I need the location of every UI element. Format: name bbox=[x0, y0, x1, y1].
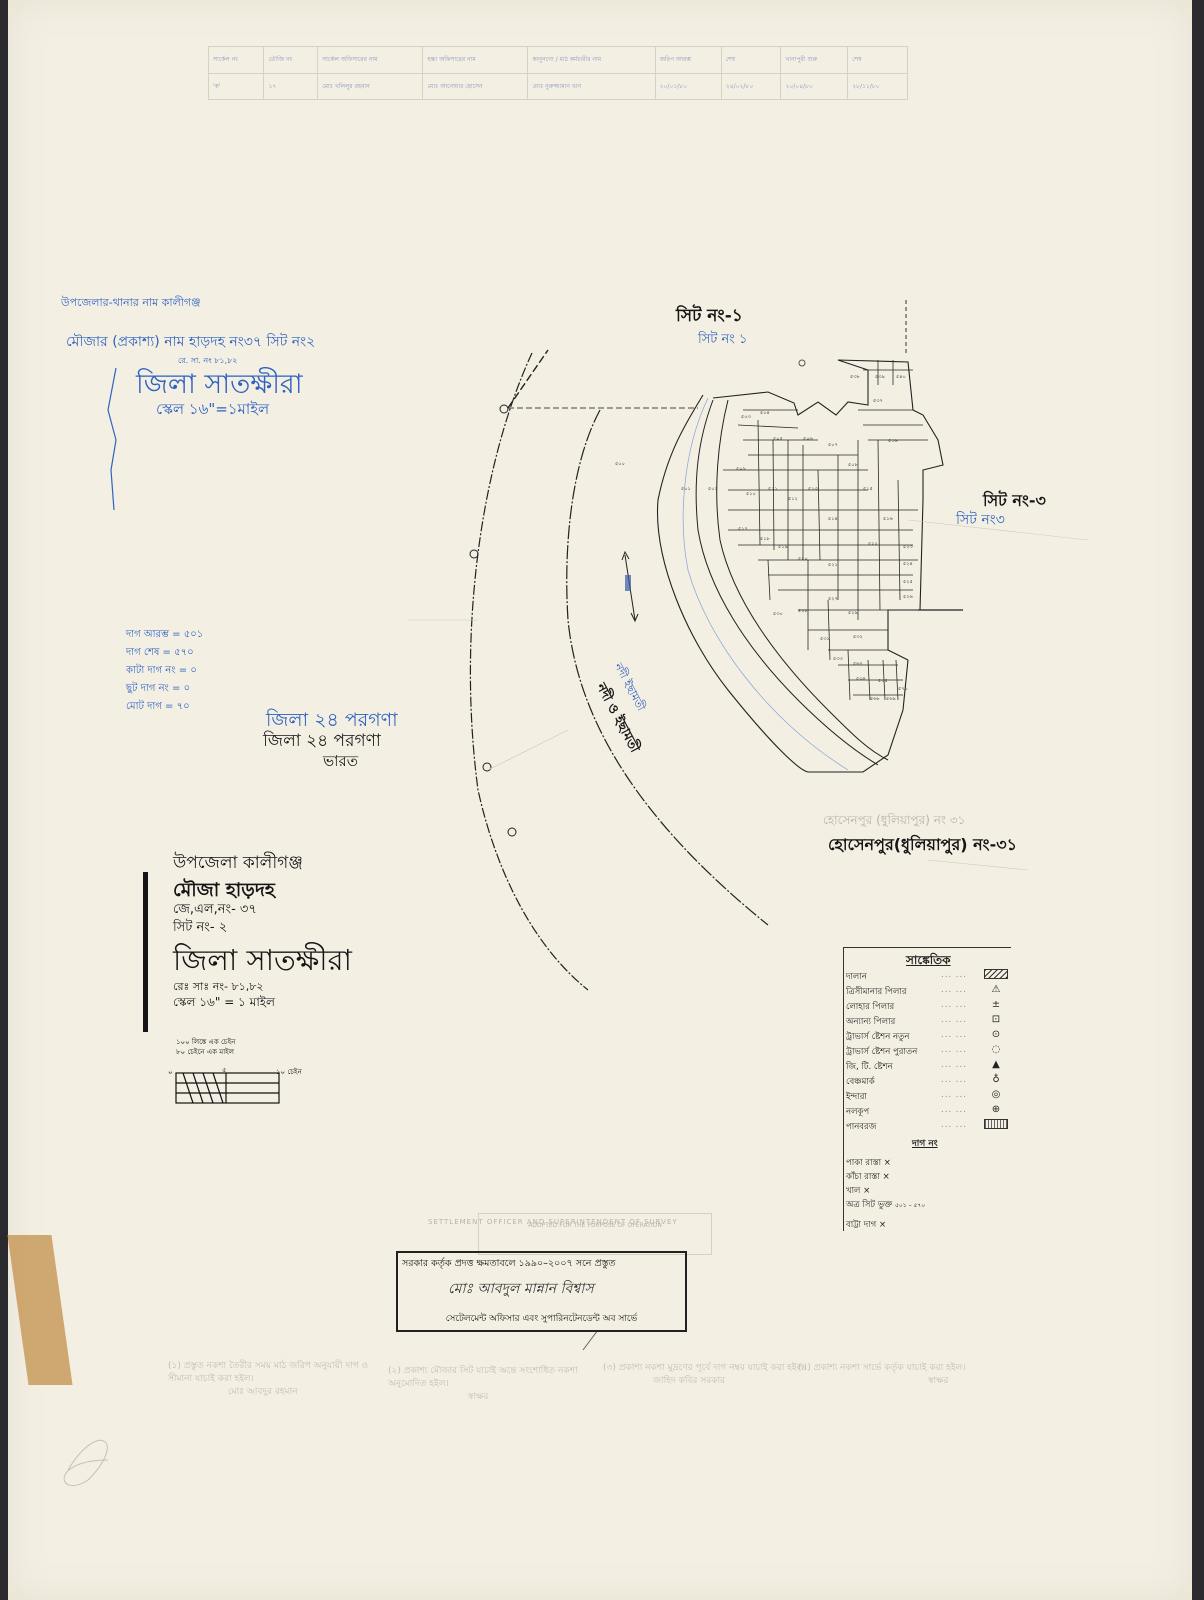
dag-row-label: কাঁচা রাস্তা bbox=[846, 1172, 880, 1182]
trijunction-pillar-icon: ⚠ bbox=[984, 984, 1008, 995]
tubewell-icon: ⊕ bbox=[984, 1104, 1008, 1115]
verification-note: (২) প্রকাশ্য মৌজার সিট যাচাই অন্তে সংশোধ… bbox=[388, 1365, 598, 1404]
svg-text:৫১০: ৫১০ bbox=[746, 491, 756, 497]
legend-dots: ... ... bbox=[941, 1045, 967, 1055]
svg-text:৫১৮: ৫১৮ bbox=[760, 536, 770, 542]
note-number: (২) bbox=[388, 1366, 401, 1376]
dag-row-value: ৫০১ – ৫৭০ bbox=[895, 1202, 925, 1209]
svg-text:৫৩০: ৫৩০ bbox=[773, 611, 783, 617]
title-scale: স্কেল ১৬" = ১ মাইল bbox=[173, 994, 275, 1014]
verification-note: (৪) প্রকাশ্য নকশা সার্ভে কর্তৃক যাচাই কর… bbox=[798, 1362, 1008, 1388]
svg-text:৫২৫: ৫২৫ bbox=[903, 579, 913, 585]
note-signature: জাহিদ কবির সরকার bbox=[653, 1376, 725, 1386]
note-number: (৩) bbox=[603, 1363, 616, 1373]
svg-text:৫৩৩: ৫৩৩ bbox=[833, 656, 843, 662]
svg-text:৫৩৭: ৫৩৭ bbox=[873, 398, 883, 404]
note-signature: স্বাক্ষর bbox=[468, 1392, 488, 1402]
neighbour-district-black: জিলা ২৪ পরগণা bbox=[263, 728, 381, 756]
svg-text:৫০৭: ৫০৭ bbox=[828, 442, 838, 448]
svg-text:৫২৮: ৫২৮ bbox=[798, 608, 808, 614]
dag-summary-label: দাগ আরম্ভ bbox=[126, 629, 169, 640]
certificate-heading: সরকার কর্তৃক প্রদত্ত ক্ষমতাবলে ১৯৯০–২০০৭… bbox=[402, 1257, 616, 1272]
dag-row-label: খাল bbox=[846, 1186, 860, 1196]
svg-text:৫০৬: ৫০৬ bbox=[803, 436, 813, 442]
handwritten-thana-name: উপজেলার-থানার নাম কালীগঞ্জ bbox=[61, 294, 201, 313]
svg-text:৫১৩: ৫১৩ bbox=[808, 486, 818, 492]
traverse-station-new-icon: ⊙ bbox=[984, 1029, 1008, 1040]
dag-row: পাকা রাস্তা × bbox=[846, 1156, 891, 1170]
dag-summary-value: ৫০১ bbox=[184, 629, 203, 640]
iron-pillar-icon: ± bbox=[984, 999, 1008, 1010]
title-block-bar bbox=[143, 872, 148, 1032]
svg-text:৫৬৭: ৫৬৭ bbox=[853, 661, 863, 667]
legend-item: ট্রাভার্স ষ্টেশন নতুন... ...⊙ bbox=[846, 1030, 1008, 1043]
map-legend: সাঙ্কেতিক দালান... ... ত্রিসীমানার পিলার… bbox=[843, 947, 1011, 1231]
svg-text:৫১৯: ৫১৯ bbox=[778, 544, 788, 550]
svg-text:৫১৭: ৫১৭ bbox=[738, 526, 748, 532]
legend-dots: ... ... bbox=[941, 1060, 967, 1070]
legend-item: ট্রাভার্স ষ্টেশন পুরাতন... ...◌ bbox=[846, 1045, 1008, 1058]
legend-label: ট্রাভার্স ষ্টেশন পুরাতন bbox=[846, 1045, 917, 1059]
legend-item: নলকূপ... ...⊕ bbox=[846, 1105, 1008, 1118]
dag-summary-row: ছুট দাগ নং = ০ bbox=[126, 680, 203, 698]
svg-text:৫২৩: ৫২৩ bbox=[903, 544, 913, 550]
officer-designation: সেটেলমেন্ট অফিসার এবং সুপারিনটেনডেন্ট অব… bbox=[398, 1311, 685, 1326]
handwritten-mouza-line: মৌজার (প্রকাশ্য) নাম হাড়দহ নং৩৭ সিট নং২ bbox=[66, 330, 315, 354]
legend-item: দালান... ... bbox=[846, 970, 1008, 983]
dag-row: খাল × bbox=[846, 1184, 870, 1198]
note-number: (১) bbox=[168, 1361, 181, 1371]
svg-text:৫১৬: ৫১৬ bbox=[883, 516, 893, 522]
note-signature: স্বাক্ষর bbox=[928, 1376, 948, 1386]
faint-stamp-box: ADOPTED FOR THE PURPOSE OF OPERATION bbox=[478, 1213, 712, 1255]
sheet-number: সিট নং- ২ bbox=[173, 918, 227, 939]
svg-text:৫৪০: ৫৪০ bbox=[896, 374, 906, 380]
dag-row-label: বাট্টা দাগ bbox=[846, 1220, 876, 1230]
title-block: উপজেলা কালীগঞ্জ মৌজা হাড়দহ জে,এল,নং- ৩৭… bbox=[143, 862, 463, 1034]
svg-text:৫০৪: ৫০৪ bbox=[760, 410, 770, 416]
legend-label: অন্যান্য পিলার bbox=[846, 1015, 895, 1029]
building-hatch-icon bbox=[984, 969, 1008, 982]
chain-note-2: ৮০ চেইনে এক মাইল bbox=[176, 1046, 234, 1058]
map-sheet: সার্কেল নং তৌজি নং সার্কেল অফিসারের নাম … bbox=[8, 0, 1192, 1600]
svg-text:৫৩১: ৫৩১ bbox=[820, 636, 830, 642]
svg-text:৫৬৮: ৫৬৮ bbox=[870, 696, 880, 702]
dag-number-title: দাগ নং bbox=[912, 1136, 938, 1151]
note-text: প্রস্তুত নকশা তৈরীর সময় মাঠ জরিপ অনুযায… bbox=[168, 1361, 368, 1384]
svg-text:৫৬৯: ৫৬৯ bbox=[886, 696, 896, 702]
certificate-box: সরকার কর্তৃক প্রদত্ত ক্ষমতাবলে ১৯৯০–২০০৭… bbox=[396, 1251, 687, 1332]
scale-bar-mid-label: ৫ bbox=[222, 1064, 227, 1076]
upazila-name: উপজেলা কালীগঞ্জ bbox=[173, 850, 303, 878]
svg-text:৫০৩: ৫০৩ bbox=[741, 414, 751, 420]
dag-summary: দাগ আরম্ভ = ৫০১ দাগ শেষ = ৫৭০ কাটা দাগ ন… bbox=[126, 626, 203, 716]
legend-item: বেঞ্চমার্ক... ...♁ bbox=[846, 1075, 1008, 1088]
svg-text:৫০১: ৫০১ bbox=[681, 486, 691, 492]
dag-row: অত্র সিট ভুক্ত ৫০১ – ৫৭০ bbox=[846, 1198, 925, 1212]
dag-row-value: × bbox=[879, 1220, 886, 1230]
note-signature: মোঃ আবদুর রহমান bbox=[228, 1387, 298, 1397]
legend-dots: ... ... bbox=[941, 1105, 967, 1115]
dag-summary-label: মোট দাগ bbox=[126, 701, 162, 712]
svg-text:৫২৯: ৫২৯ bbox=[848, 610, 858, 616]
dag-row: বাট্টা দাগ × bbox=[846, 1218, 886, 1232]
legend-dots: ... ... bbox=[941, 1015, 967, 1025]
dag-summary-value: ০ bbox=[184, 683, 191, 694]
svg-text:৫০৫: ৫০৫ bbox=[773, 436, 783, 442]
dag-summary-value: ০ bbox=[190, 665, 197, 676]
legend-dots: ... ... bbox=[941, 1075, 967, 1085]
sheet-1-label-blue: সিট নং ১ bbox=[698, 330, 747, 351]
svg-text:৫২২: ৫২২ bbox=[868, 541, 878, 547]
note-text: প্রকাশ্য মৌজার সিট যাচাই অন্তে সংশোধিত ন… bbox=[388, 1366, 578, 1389]
svg-text:৫১১: ৫১১ bbox=[768, 486, 778, 492]
other-pillar-icon: ⊡ bbox=[984, 1014, 1008, 1025]
dag-summary-row: দাগ শেষ = ৫৭০ bbox=[126, 644, 203, 662]
faint-stamp-text: ADOPTED FOR THE PURPOSE OF OPERATION bbox=[479, 1222, 711, 1229]
legend-label: ত্রিসীমানার পিলার bbox=[846, 985, 907, 999]
legend-item: ত্রিসীমানার পিলার... ...⚠ bbox=[846, 985, 1008, 998]
svg-text:৫৩৪: ৫৩৪ bbox=[856, 676, 866, 682]
legend-title: সাঙ্কেতিক bbox=[906, 952, 951, 972]
legend-label: ইন্দারা bbox=[846, 1090, 867, 1104]
legend-item: জি, টি. ষ্টেশন... ...▲ bbox=[846, 1060, 1008, 1073]
neighbour-country: ভারত bbox=[323, 750, 358, 775]
svg-text:৫৭০: ৫৭০ bbox=[898, 686, 908, 692]
svg-text:৫২৬: ৫২৬ bbox=[903, 594, 913, 600]
sheet-1-label: সিট নং-১ bbox=[676, 303, 743, 331]
dag-summary-label: ছুট দাগ নং bbox=[126, 683, 169, 694]
svg-text:৫২৪: ৫২৪ bbox=[903, 561, 913, 567]
traverse-station-old-icon: ◌ bbox=[984, 1044, 1008, 1055]
svg-text:৫০০: ৫০০ bbox=[615, 461, 625, 467]
handwritten-scale: স্কেল ১৬"=১মাইল bbox=[156, 398, 269, 423]
legend-item: অন্যান্য পিলার... ...⊡ bbox=[846, 1015, 1008, 1028]
svg-text:৫৩৬: ৫৩৬ bbox=[888, 438, 898, 444]
note-number: (৪) bbox=[798, 1363, 811, 1373]
adjacent-mouza-faint: হোসেনপুর (ধুলিয়াপুর) নং ৩১ bbox=[823, 812, 965, 832]
scale-bar bbox=[176, 1073, 279, 1103]
dag-row-value: × bbox=[863, 1186, 870, 1196]
legend-label: জি, টি. ষ্টেশন bbox=[846, 1060, 893, 1074]
legend-item: লোহার পিলার... ...± bbox=[846, 1000, 1008, 1013]
legend-label: নলকূপ bbox=[846, 1105, 869, 1119]
sheet-3-label-blue: সিট নং৩ bbox=[956, 508, 1005, 532]
dag-summary-value: ৫৭০ bbox=[174, 647, 194, 658]
verification-note: (৩) প্রকাশ্য নকশা মুদ্রণের পূর্বে দাগ নম… bbox=[603, 1362, 813, 1388]
scale-bar-start-label: ০ bbox=[168, 1066, 173, 1078]
dag-summary-label: কাটা দাগ নং bbox=[126, 665, 176, 676]
svg-text:৫০৮: ৫০৮ bbox=[848, 462, 858, 468]
svg-text:৫১৪: ৫১৪ bbox=[828, 516, 838, 522]
legend-label: পানবরজ bbox=[846, 1120, 876, 1134]
legend-label: লোহার পিলার bbox=[846, 1000, 894, 1014]
svg-text:৫১৫: ৫১৫ bbox=[863, 486, 873, 492]
verification-note: (১) প্রস্তুত নকশা তৈরীর সময় মাঠ জরিপ অন… bbox=[168, 1360, 378, 1399]
svg-text:৫০৯: ৫০৯ bbox=[736, 466, 746, 472]
legend-dots: ... ... bbox=[941, 1000, 967, 1010]
officer-signature: মোঃ আবদুল মান্নান বিশ্বাস bbox=[448, 1277, 594, 1301]
dag-row: কাঁচা রাস্তা × bbox=[846, 1170, 890, 1184]
svg-text:৫৩৮: ৫৩৮ bbox=[850, 374, 860, 380]
dag-row-value: × bbox=[883, 1172, 890, 1182]
legend-label: বেঞ্চমার্ক bbox=[846, 1075, 875, 1089]
dag-summary-row: দাগ আরম্ভ = ৫০১ bbox=[126, 626, 203, 644]
dag-summary-value: ৭০ bbox=[177, 701, 190, 712]
svg-text:৫৩৫: ৫৩৫ bbox=[878, 678, 888, 684]
scale-bar-end-label: ১০ চেইন bbox=[276, 1066, 302, 1078]
legend-dots: ... ... bbox=[941, 1120, 967, 1130]
svg-text:৫১২: ৫১২ bbox=[788, 496, 798, 502]
dag-row-label: অত্র সিট ভুক্ত bbox=[846, 1200, 892, 1210]
benchmark-icon: ♁ bbox=[984, 1074, 1008, 1085]
note-text: প্রকাশ্য নকশা সার্ভে কর্তৃক যাচাই করা হই… bbox=[814, 1363, 966, 1373]
svg-text:৫৩২: ৫৩২ bbox=[853, 634, 863, 640]
dag-summary-row: কাটা দাগ নং = ০ bbox=[126, 662, 203, 680]
legend-dots: ... ... bbox=[941, 1030, 967, 1040]
svg-text:৫২৭: ৫২৭ bbox=[828, 596, 838, 602]
dag-row-label: পাকা রাস্তা bbox=[846, 1158, 881, 1168]
dag-summary-row: মোট দাগ = ৭০ bbox=[126, 698, 203, 716]
dag-row-value: × bbox=[884, 1158, 891, 1168]
legend-dots: ... ... bbox=[941, 1090, 967, 1100]
legend-item: পানবরজ... ... bbox=[846, 1120, 1008, 1133]
adjacent-mouza-label: হোসেনপুর(ধুলিয়াপুর) নং-৩১ bbox=[828, 832, 1017, 859]
svg-text:৫৩৯: ৫৩৯ bbox=[875, 374, 885, 380]
betel-garden-icon bbox=[984, 1119, 1008, 1132]
note-text: প্রকাশ্য নকশা মুদ্রণের পূর্বে দাগ নম্বর … bbox=[619, 1363, 807, 1373]
legend-dots: ... ... bbox=[941, 985, 967, 995]
legend-item: ইন্দারা... ...◎ bbox=[846, 1090, 1008, 1103]
well-icon: ◎ bbox=[984, 1089, 1008, 1100]
svg-text:৫২১: ৫২১ bbox=[828, 562, 838, 568]
gt-station-icon: ▲ bbox=[984, 1059, 1008, 1070]
legend-label: দালান bbox=[846, 970, 867, 984]
svg-text:৫০২: ৫০২ bbox=[708, 486, 718, 492]
legend-dots: ... ... bbox=[941, 970, 967, 980]
dag-summary-label: দাগ শেষ bbox=[126, 647, 159, 658]
svg-text:৫২০: ৫২০ bbox=[798, 556, 808, 562]
legend-label: ট্রাভার্স ষ্টেশন নতুন bbox=[846, 1030, 910, 1044]
